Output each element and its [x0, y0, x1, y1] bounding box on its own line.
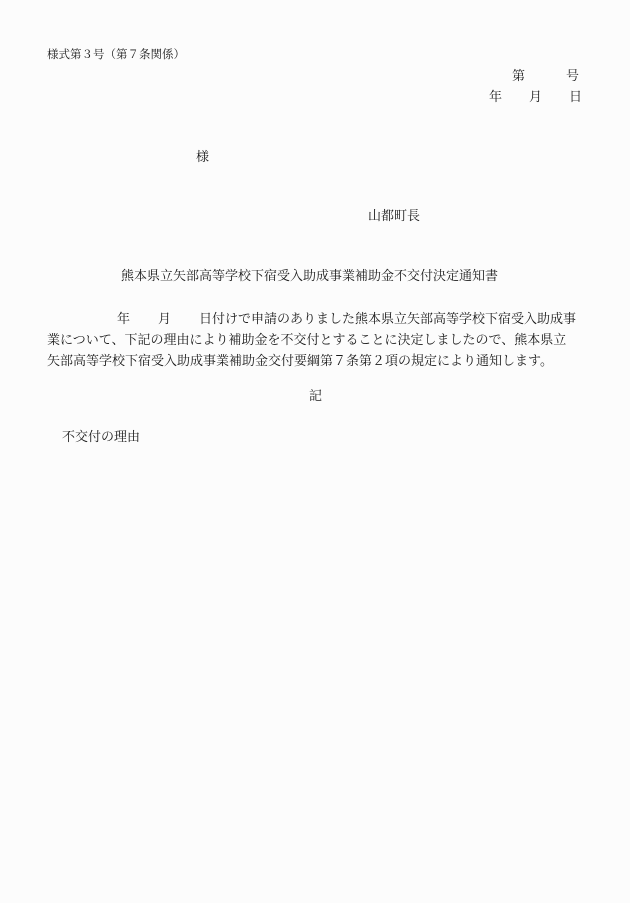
body-paragraph: 年月日付けで申請のありました熊本県立矢部高等学校下宿受入助成事 業について、下記…: [47, 309, 587, 372]
date-month-label: 月: [529, 91, 542, 104]
form-number: 様式第３号（第７条関係）: [47, 49, 185, 61]
date-day-label: 日: [569, 91, 582, 104]
document-page: 様式第３号（第７条関係） 第 号 年 月 日 様 山都町長 熊本県立矢部高等学校…: [0, 0, 630, 903]
body-line-1-text: 日付けで申請のありました熊本県立矢部高等学校下宿受入助成事: [199, 312, 576, 327]
body-line-1: 年月日付けで申請のありました熊本県立矢部高等学校下宿受入助成事: [47, 309, 587, 330]
doc-number-dai-label: 第: [512, 70, 525, 83]
addressee-honorific: 様: [196, 151, 209, 164]
ki-heading: 記: [309, 390, 322, 403]
doc-number-go-label: 号: [566, 70, 579, 83]
body-line-3: 矢部高等学校下宿受入助成事業補助金交付要綱第７条第２項の規定により通知します。: [47, 351, 587, 372]
body-month-label: 月: [158, 312, 171, 327]
reason-label: 不交付の理由: [62, 431, 140, 444]
document-title: 熊本県立矢部高等学校下宿受入助成事業補助金不交付決定通知書: [121, 270, 498, 283]
sender-name: 山都町長: [368, 210, 420, 223]
body-line-2: 業について、下記の理由により補助金を不交付とすることに決定しましたので、熊本県立: [47, 330, 587, 351]
date-year-label: 年: [489, 91, 502, 104]
body-year-label: 年: [117, 312, 130, 327]
